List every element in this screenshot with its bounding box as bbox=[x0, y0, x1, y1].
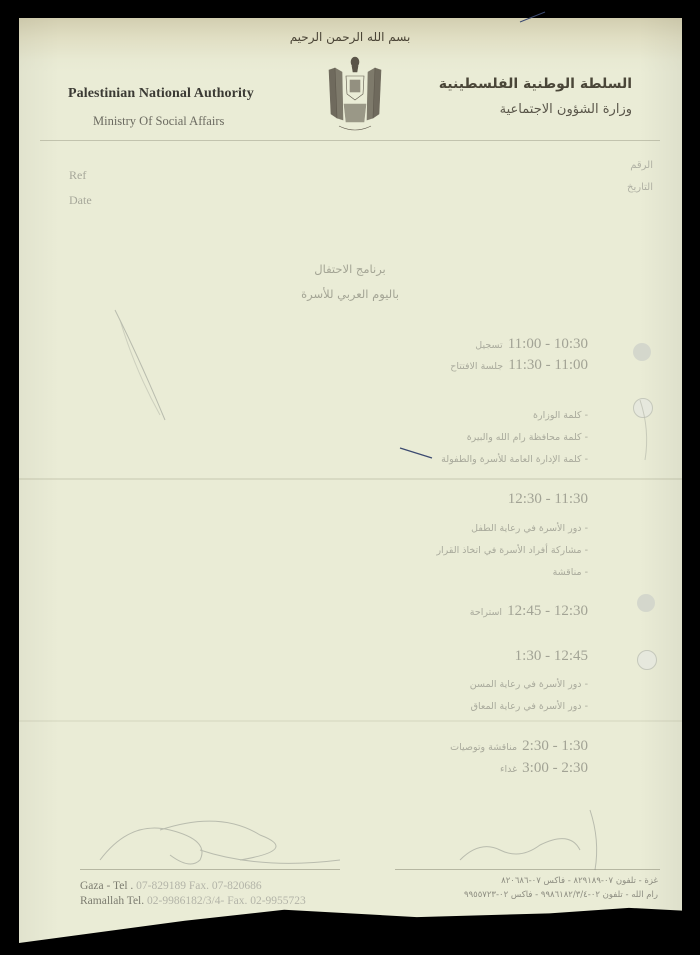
footer-divider bbox=[395, 869, 660, 870]
footer-ramallah-contact-arabic: رام الله - تلفون ٠٢-٩٩٨٦١٨٢/٣/٤ - فاكس ٠… bbox=[464, 890, 658, 900]
footer-gaza-contact: Gaza - Tel . 07-829189 Fax. 07-820686 bbox=[80, 880, 262, 892]
ramallah-phone-fax: 02-9986182/3/4- Fax. 02-9955723 bbox=[147, 895, 306, 907]
footer-gaza-contact-arabic: غزة - تلفون ٠٧-٨٢٩١٨٩ - فاكس ٠٧-٨٢٠٦٨٦ bbox=[501, 876, 658, 886]
ramallah-label: Ramallah Tel. bbox=[80, 895, 144, 907]
gaza-phone-fax: 07-829189 Fax. 07-820686 bbox=[136, 880, 262, 892]
pencil-scribbles-icon bbox=[0, 0, 700, 955]
gaza-label: Gaza - Tel . bbox=[80, 880, 133, 892]
footer-ramallah-contact: Ramallah Tel. 02-9986182/3/4- Fax. 02-99… bbox=[80, 895, 306, 907]
footer-divider bbox=[80, 869, 340, 870]
